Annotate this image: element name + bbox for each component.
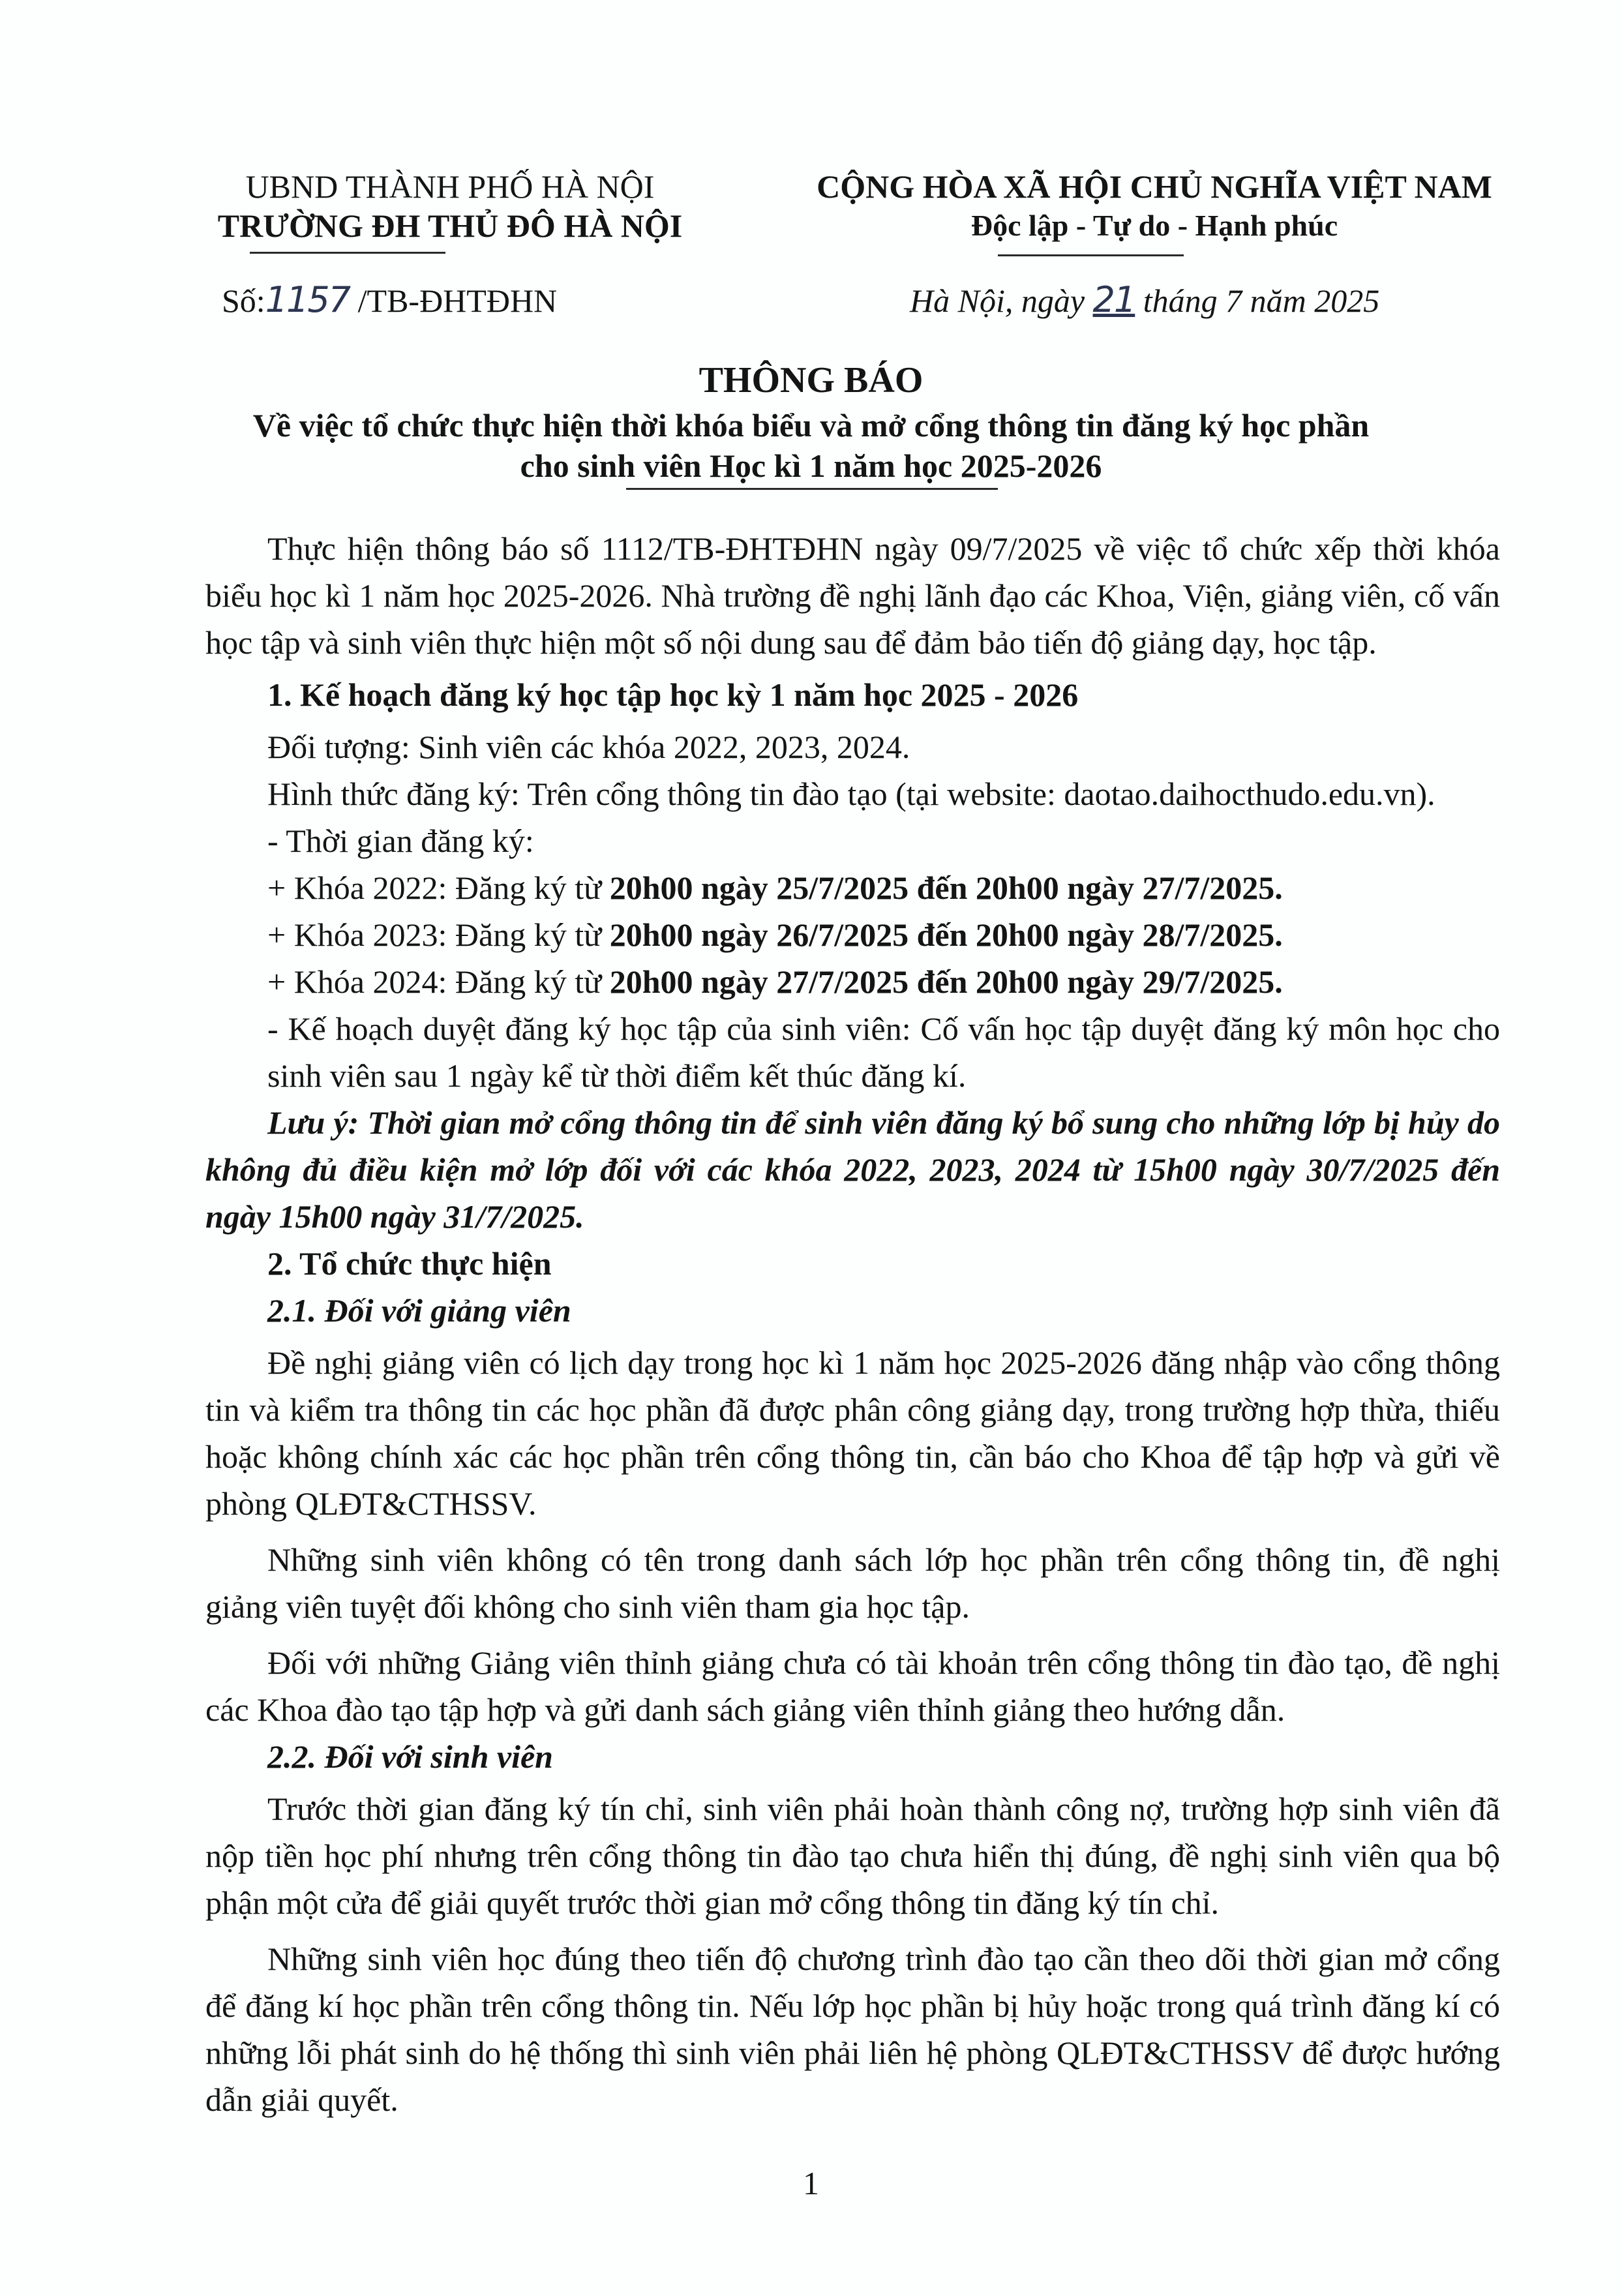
student-paragraph: Trước thời gian đăng ký tín chỉ, sinh vi… <box>205 1785 1500 1926</box>
lecturer-paragraph: Những sinh viên không có tên trong danh … <box>205 1536 1500 1630</box>
page-number: 1 <box>0 2164 1622 2202</box>
document-date: Hà Nội, ngày 21 tháng 7 năm 2025 <box>910 280 1379 320</box>
national-title: CỘNG HÒA XÃ HỘI CHỦ NGHĨA VIỆT NAM <box>763 167 1546 206</box>
document-title: THÔNG BÁO <box>0 359 1622 402</box>
schedule-cohort: + Khóa 2024: Đăng ký từ <box>267 963 610 1000</box>
document-number: Số:1157 /TB-ĐHTĐHN <box>222 280 557 320</box>
schedule-item: + Khóa 2022: Đăng ký từ 20h00 ngày 25/7/… <box>205 864 1500 911</box>
student-paragraph: Những sinh viên học đúng theo tiến độ ch… <box>205 1935 1500 2123</box>
date-suffix: tháng 7 năm 2025 <box>1135 282 1379 319</box>
document-body: Thực hiện thông báo số 1112/TB-ĐHTĐHN ng… <box>205 525 1500 2123</box>
schedule-window: 20h00 ngày 27/7/2025 đến 20h00 ngày 29/7… <box>610 963 1283 1000</box>
school-name: TRƯỜNG ĐH THỦ ĐÔ HÀ NỘI <box>196 206 704 245</box>
schedule-window: 20h00 ngày 25/7/2025 đến 20h00 ngày 27/7… <box>610 869 1283 906</box>
national-motto: Độc lập - Tự do - Hạnh phúc <box>763 206 1546 245</box>
doc-number-handwritten: 1157 <box>265 279 350 320</box>
date-prefix: Hà Nội, ngày <box>910 282 1093 319</box>
section2-heading: 2. Tổ chức thực hiện <box>205 1240 1500 1287</box>
header-right-rule <box>998 254 1184 256</box>
date-day-handwritten: 21 <box>1093 279 1135 320</box>
registration-method: Hình thức đăng ký: Trên cổng thông tin đ… <box>205 770 1500 817</box>
issuing-authority: UBND THÀNH PHỐ HÀ NỘI <box>196 167 704 206</box>
doc-number-suffix: /TB-ĐHTĐHN <box>350 282 557 319</box>
lecturer-paragraph: Đề nghị giảng viên có lịch dạy trong học… <box>205 1339 1500 1527</box>
lecturer-paragraph: Đối với những Giảng viên thỉnh giảng chư… <box>205 1639 1500 1733</box>
approval-plan: - Kế hoạch duyệt đăng ký học tập của sin… <box>205 1005 1500 1099</box>
registration-time-label: - Thời gian đăng ký: <box>205 817 1500 864</box>
document-page: UBND THÀNH PHỐ HÀ NỘI TRƯỜNG ĐH THỦ ĐÔ H… <box>0 0 1622 2296</box>
schedule-window: 20h00 ngày 26/7/2025 đến 20h00 ngày 28/7… <box>610 916 1283 953</box>
header-left-rule <box>250 252 445 254</box>
section1-heading: 1. Kế hoạch đăng ký học tập học kỳ 1 năm… <box>205 671 1500 718</box>
schedule-item: + Khóa 2024: Đăng ký từ 20h00 ngày 27/7/… <box>205 958 1500 1005</box>
intro-paragraph: Thực hiện thông báo số 1112/TB-ĐHTĐHN ng… <box>205 525 1500 666</box>
schedule-cohort: + Khóa 2023: Đăng ký từ <box>267 916 610 953</box>
document-subtitle-line2: cho sinh viên Học kì 1 năm học 2025-2026 <box>0 446 1622 485</box>
title-rule <box>626 488 998 490</box>
schedule-item: + Khóa 2023: Đăng ký từ 20h00 ngày 26/7/… <box>205 911 1500 958</box>
section2-2-heading: 2.2. Đối với sinh viên <box>205 1733 1500 1780</box>
schedule-cohort: + Khóa 2022: Đăng ký từ <box>267 869 610 906</box>
target-audience: Đối tượng: Sinh viên các khóa 2022, 2023… <box>205 723 1500 770</box>
document-subtitle-line1: Về việc tổ chức thực hiện thời khóa biểu… <box>0 406 1622 445</box>
section2-1-heading: 2.1. Đối với giảng viên <box>205 1287 1500 1334</box>
note-paragraph: Lưu ý: Thời gian mở cổng thông tin để si… <box>205 1099 1500 1240</box>
doc-number-prefix: Số: <box>222 282 265 319</box>
